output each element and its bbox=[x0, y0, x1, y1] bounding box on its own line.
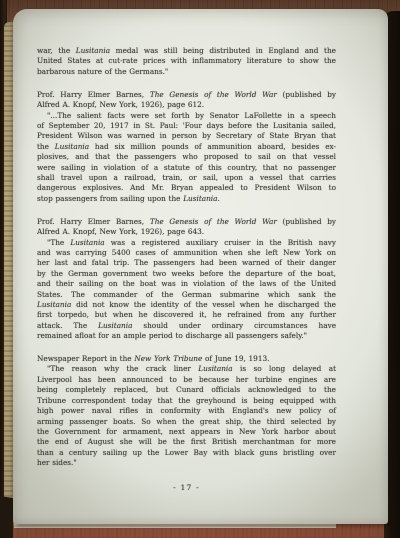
text-line: the Government for armament, next appear… bbox=[37, 427, 336, 437]
text-line: Newspaper Report in the New York Tribune… bbox=[37, 354, 336, 364]
text-line: United States at cut-rate prices with in… bbox=[37, 56, 336, 66]
block-paragraph-lusitania-medal: war, the Lusitania medal was still being… bbox=[37, 46, 336, 77]
text-line: remained afloat for an ample period to d… bbox=[37, 331, 336, 341]
text-line: than a century sailing up the Lower Bay … bbox=[37, 448, 336, 458]
text-line: her last and fatal trip. The passengers … bbox=[37, 258, 336, 268]
block-quote-crack-liner-delayed: "The reason why the crack liner Lusitani… bbox=[37, 364, 336, 468]
text-line: Tribune correspondent today that the gre… bbox=[37, 396, 336, 406]
block-quote-lafollette-speech: "...The salient facts were set forth by … bbox=[37, 111, 336, 205]
block-quote-auxiliary-cruiser: "The Lusitania was a registered auxiliar… bbox=[37, 238, 336, 342]
text-line: by the German government two weeks befor… bbox=[37, 269, 336, 279]
text-line: the end of August she will be the first … bbox=[37, 437, 336, 447]
text-line: plosives, and that the passengers who pr… bbox=[37, 152, 336, 162]
text-line: and their sailing on the boat was in vio… bbox=[37, 279, 336, 289]
page-text: war, the Lusitania medal was still being… bbox=[37, 46, 336, 469]
text-line: attack. The Lusitania should under ordin… bbox=[37, 321, 336, 331]
block-citation-new-york-tribune: Newspaper Report in the New York Tribune… bbox=[37, 354, 336, 364]
text-line: and was carrying 5400 cases of ammunitio… bbox=[37, 248, 336, 258]
text-line: dangerous explosives. And Mr. Bryan appe… bbox=[37, 183, 336, 193]
text-line: high power naval rifles in conformity wi… bbox=[37, 406, 336, 416]
block-citation-barnes-page-643: Prof. Harry Elmer Barnes, The Genesis of… bbox=[37, 217, 336, 238]
text-line: Liverpool has been announced to be becau… bbox=[37, 375, 336, 385]
text-line: Lusitania did not know the identity of t… bbox=[37, 300, 336, 310]
text-line: being completely replaced, but Cunard of… bbox=[37, 385, 336, 395]
text-line: the Lusitania had six million pounds of … bbox=[37, 142, 336, 152]
text-line: stop passengers from sailing upon the Lu… bbox=[37, 194, 336, 204]
book-page: war, the Lusitania medal was still being… bbox=[13, 9, 388, 524]
page-number: - 17 - bbox=[37, 483, 336, 492]
text-line: were sailing in violation of a statute o… bbox=[37, 163, 336, 173]
text-line: States. The commander of the German subm… bbox=[37, 290, 336, 300]
photo-of-open-book: war, the Lusitania medal was still being… bbox=[0, 0, 400, 538]
text-line: her sides." bbox=[37, 458, 336, 468]
text-line: Prof. Harry Elmer Barnes, The Genesis of… bbox=[37, 217, 336, 227]
text-line: first torpedo, but when he discovered it… bbox=[37, 310, 336, 320]
text-line: "The Lusitania was a registered auxiliar… bbox=[37, 238, 336, 248]
text-line: war, the Lusitania medal was still being… bbox=[37, 46, 336, 56]
text-line: barbarous nature of the Germans." bbox=[37, 67, 336, 77]
text-line: Prof. Harry Elmer Barnes, The Genesis of… bbox=[37, 90, 336, 100]
book-cover-corner-bottom-left bbox=[0, 496, 13, 538]
text-line: Alfred A. Knopf, New York, 1926), page 6… bbox=[37, 100, 336, 110]
text-line: President Wilson was warned in person by… bbox=[37, 131, 336, 141]
block-citation-barnes-page-612: Prof. Harry Elmer Barnes, The Genesis of… bbox=[37, 90, 336, 111]
text-line: arming passenger boats. So when the grea… bbox=[37, 417, 336, 427]
text-line: "The reason why the crack liner Lusitani… bbox=[37, 364, 336, 374]
text-line: Alfred A. Knopf, New York, 1926), page 6… bbox=[37, 227, 336, 237]
text-line: shall travel upon a railroad, train, or … bbox=[37, 173, 336, 183]
text-line: "...The salient facts were set forth by … bbox=[37, 111, 336, 121]
text-line: of September 20, 1917 in St. Paul: 'Four… bbox=[37, 121, 336, 131]
